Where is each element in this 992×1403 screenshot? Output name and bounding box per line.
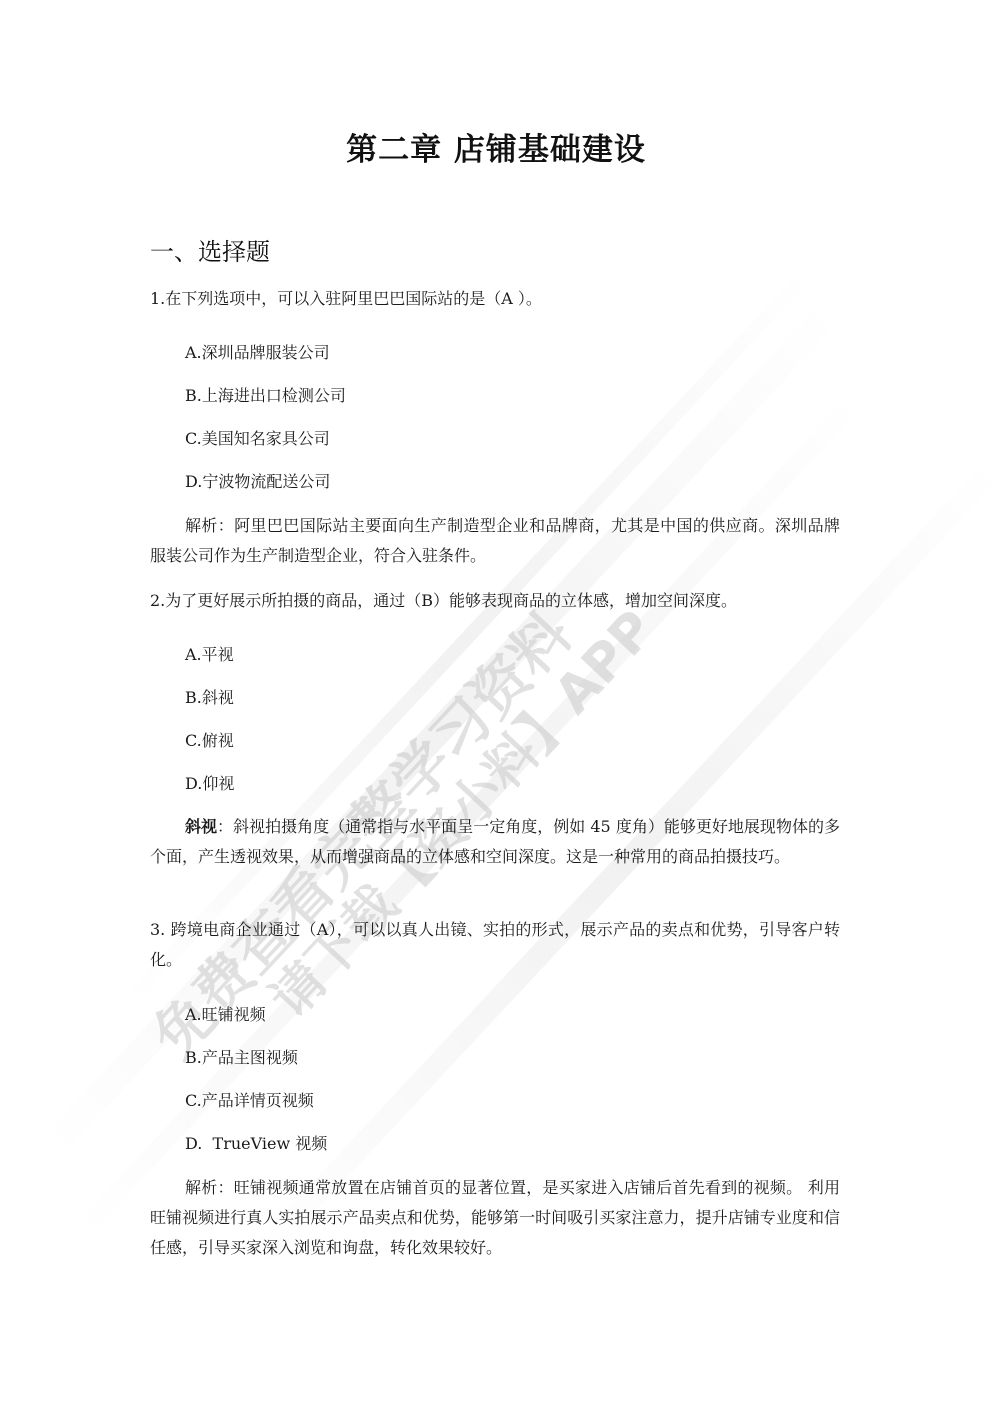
watermark-stripe [120,269,812,1010]
question-3-option-a: A.旺铺视频 [185,1004,266,1026]
question-2-explanation: 斜视：斜视拍摄角度（通常指与水平面呈一定角度，例如 45 度角）能够更好地展现物… [150,812,840,872]
question-1-option-c: C.美国知名家具公司 [185,428,330,450]
question-2-option-b: B.斜视 [185,687,234,709]
question-2-stem: 2.为了更好展示所拍摄的商品，通过（B）能够表现商品的立体感，增加空间深度。 [150,590,737,612]
question-1-option-b: B.上海进出口检测公司 [185,385,346,407]
question-3-option-c: C.产品详情页视频 [185,1090,314,1112]
question-3-explanation: 解析：旺铺视频通常放置在店铺首页的显著位置，是买家进入店铺后首先看到的视频。 利… [150,1173,840,1263]
question-2-option-a: A.平视 [185,644,234,666]
question-2-option-d: D.仰视 [185,773,234,795]
question-1-option-d: D.宁波物流配送公司 [185,471,330,493]
question-1-stem: 1.在下列选项中，可以入驻阿里巴巴国际站的是（A ）。 [150,288,542,310]
explanation-term: 斜视 [185,817,217,836]
section-title: 一、选择题 [150,232,270,267]
document-page: 免费查看完整学习资料 请下载【资小料】APP 第二章 店铺基础建设 一、选择题 … [0,0,992,1403]
question-2-option-c: C.俯视 [185,730,234,752]
question-3-option-b: B.产品主图视频 [185,1047,298,1069]
question-3-option-d: D. TrueView 视频 [185,1133,327,1155]
question-1-option-a: A.深圳品牌服装公司 [185,342,330,364]
question-1-explanation: 解析：阿里巴巴国际站主要面向生产制造型企业和品牌商，尤其是中国的供应商。深圳品牌… [150,511,840,571]
explanation-text: ：斜视拍摄角度（通常指与水平面呈一定角度，例如 45 度角）能够更好地展现物体的… [150,817,840,866]
question-3-stem: 3. 跨境电商企业通过（A），可以以真人出镜、实拍的形式，展示产品的卖点和优势，… [150,915,840,975]
watermark-stripe [40,299,843,1158]
chapter-title: 第二章 店铺基础建设 [0,124,992,169]
